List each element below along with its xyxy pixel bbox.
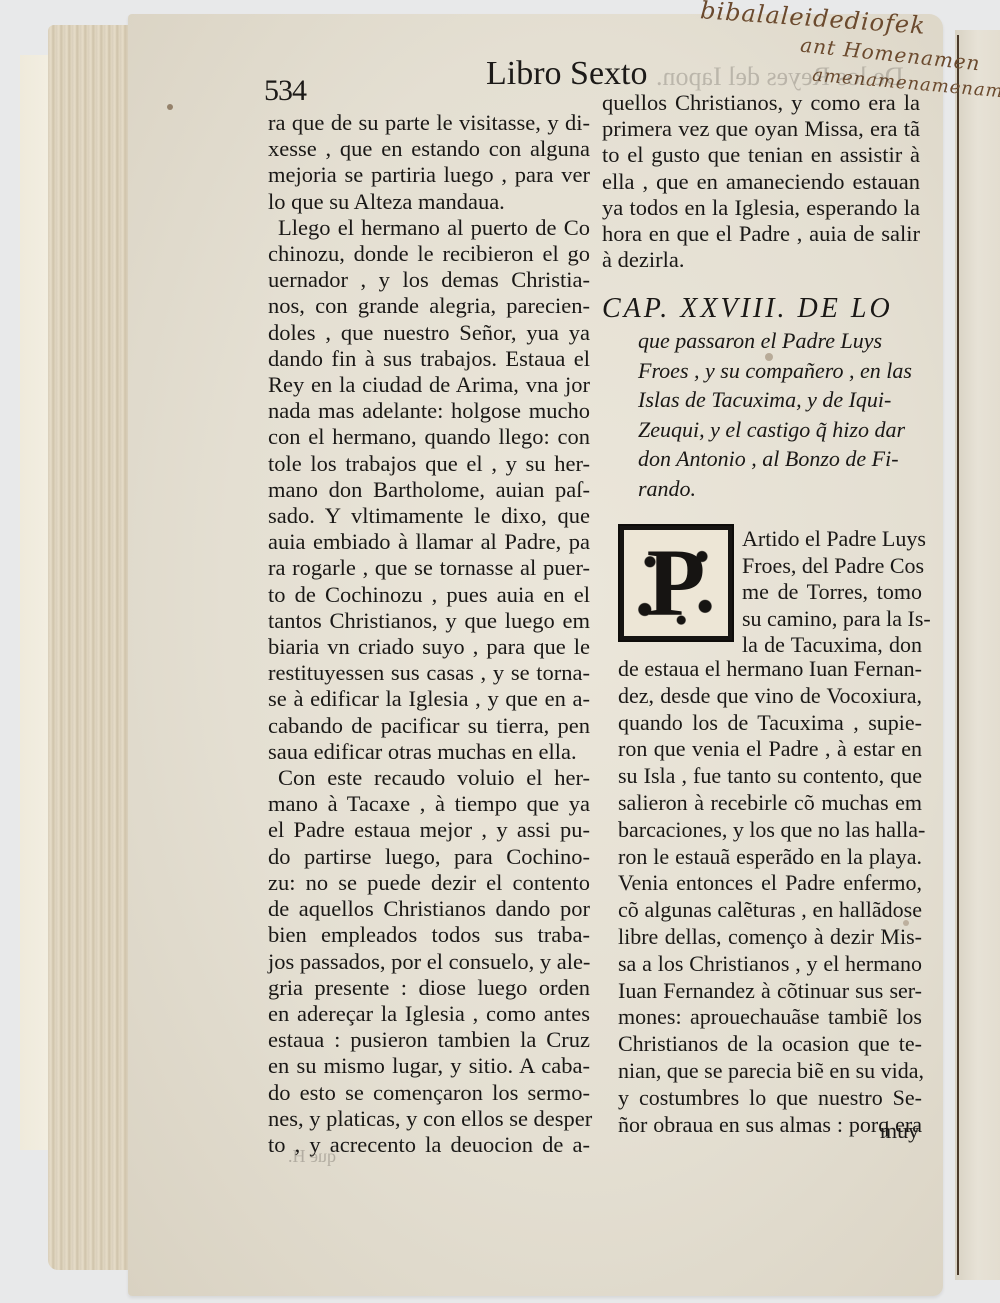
text-line: tantos Christianos, y que luego em [268, 608, 590, 634]
ornament-icon: P [624, 530, 728, 636]
chapter-subtitle-line: rando. [602, 474, 922, 504]
chapter-subtitle-line: Zeuqui, y el castigo q̃ hizo dar [602, 415, 922, 445]
text-line: restituyessen sus casas , y se torna- [268, 660, 590, 686]
text-line: Artido el Padre Luys [742, 526, 922, 553]
text-line: uernador , y los demas Christia- [268, 267, 590, 293]
running-head: Libro Sexto [486, 55, 647, 93]
text-line: en adereçar la Iglesia , como antes [268, 1001, 590, 1027]
initial-letter: P [647, 535, 706, 631]
text-line: cabando de pacificar su tierra, pen [268, 713, 590, 739]
text-line: ra rogarle , que se tornasse al puer- [268, 555, 590, 581]
text-line: lo que su Alteza mandaua. [268, 189, 590, 215]
page-gutter [957, 35, 959, 1275]
text-line: quando los de Tacuxima , supie- [618, 710, 922, 737]
text-line: se à edificar la Iglesia , y que en a- [268, 686, 590, 712]
text-line: dez, desde que vino de Vocoxiura, [618, 683, 922, 710]
text-line: ñor obraua en sus almas : porq era [618, 1112, 922, 1139]
text-line: jos passados, por el consuelo, y ale- [268, 949, 590, 975]
text-line: Llego el hermano al puerto de Co [268, 215, 590, 241]
text-line: y costumbres lo que nuestro Se- [618, 1085, 922, 1112]
ornamental-initial: P [618, 524, 734, 642]
bleed-through-footer: que H. [288, 1146, 336, 1167]
text-line: Froes, del Padre Cos [742, 553, 922, 580]
text-line: mano don Bartholome, auian paſ- [268, 477, 590, 503]
text-line: saua edificar otras muchas en ella. [268, 739, 590, 765]
text-line: nes, y platicas, y con ellos se desper [268, 1106, 590, 1132]
text-line: salieron à recebirle cõ muchas em [618, 790, 922, 817]
right-column-top: quellos Christianos, y como era la prime… [602, 90, 920, 273]
chapter-title: CAP. XXVIII. DE LO [602, 292, 922, 326]
text-line: de estaua el hermano Iuan Fernan- [618, 656, 922, 683]
text-line: à dezirla. [602, 247, 920, 273]
text-line: sa a los Christianos , y el hermano [618, 951, 922, 978]
text-line: hora en que el Padre , auia de salir [602, 221, 920, 247]
text-line: ra que de su parte le visitasse, y di- [268, 110, 590, 136]
text-line: nos, con grande alegria, parecien- [268, 293, 590, 319]
page-edges [48, 25, 138, 1270]
drop-cap-text: Artido el Padre Luys Froes, del Padre Co… [742, 526, 922, 659]
text-line: dando fin à sus trabajos. Estaua el [268, 346, 590, 372]
text-line: quellos Christianos, y como era la [602, 90, 920, 116]
chapter-subtitle-line: que passaron el Padre Luys [602, 326, 922, 356]
text-line: ya todos en la Iglesia, esperando la [602, 195, 920, 221]
text-line: ron que venia el Padre , à estar en [618, 736, 922, 763]
text-line: biaria vn criado suyo , para que le [268, 634, 590, 660]
text-line: auia embiado à llamar al Padre, pa [268, 529, 590, 555]
text-line: con el hermano, quando llego: con [268, 424, 590, 450]
text-line: doles , que nuestro Señor, yua ya [268, 320, 590, 346]
text-line: nian, que se parecia biẽ en su vida, [618, 1058, 922, 1085]
text-line: su Isla , fue tanto su contento, que [618, 763, 922, 790]
page-number: 534 [264, 74, 306, 108]
text-line: Christianos de la ocasion que te- [618, 1031, 922, 1058]
chapter-subtitle-line: Islas de Tacuxima, y de Iqui- [602, 385, 922, 415]
text-line: en su mismo lugar, y sitio. A caba- [268, 1053, 590, 1079]
text-line: Rey en la ciudad de Arima, vna jor [268, 372, 590, 398]
foxing-spot [167, 104, 173, 110]
text-line: mejoria se partiria luego , para ver [268, 162, 590, 188]
text-line: to de Cochinozu , pues auia en el [268, 582, 590, 608]
text-line: tole los trabajos que el , y su her- [268, 451, 590, 477]
text-line: estaua : pusieron tambien la Cruz [268, 1027, 590, 1053]
catchword: muy [880, 1118, 919, 1144]
photo-scene: bibalaleidediofek ant Homenamen amenamen… [0, 0, 1000, 1303]
text-line: me de Torres, tomo [742, 579, 922, 606]
text-line: ella , que en amaneciendo estauan [602, 169, 920, 195]
text-line: zu: no se puede dezir el contento [268, 870, 590, 896]
text-line: Con este recaudo voluio el her- [268, 765, 590, 791]
text-line: cõ algunas calẽturas , en hallãdose [618, 897, 922, 924]
text-line: bien empleados todos sus traba- [268, 922, 590, 948]
text-line: xesse , que en estando con alguna [268, 136, 590, 162]
text-line: chinozu, donde le recibieron el go [268, 241, 590, 267]
text-line: Venia entonces el Padre enfermo, [618, 870, 922, 897]
chapter-heading: CAP. XXVIII. DE LO que passaron el Padre… [602, 292, 922, 503]
facing-page [955, 30, 1000, 1280]
text-line: primera vez que oyan Missa, era tã [602, 116, 920, 142]
text-line: barcaciones, y los que no las halla- [618, 817, 922, 844]
text-line: la de Tacuxima, don [742, 632, 922, 659]
chapter-subtitle-line: don Antonio , al Bonzo de Fi- [602, 444, 922, 474]
text-line: mano à Tacaxe , à tiempo que ya [268, 791, 590, 817]
right-column-body: de estaua el hermano Iuan Fernan- dez, d… [618, 656, 922, 1138]
text-line: sado. Y vltimamente le dixo, que [268, 503, 590, 529]
text-line: ron le estauã esperãdo en la playa. [618, 844, 922, 871]
text-line: el Padre estaua mejor , y assi pu- [268, 817, 590, 843]
text-line: mones: aprouechauãse tambiẽ los [618, 1004, 922, 1031]
bleed-through-head: De los Reyes del Iapon. [656, 62, 904, 92]
text-line: to el gusto que tenian en assistir à [602, 142, 920, 168]
text-line: nada mas adelante: holgose mucho [268, 398, 590, 424]
chapter-subtitle-line: Froes , y su compañero , en las [602, 356, 922, 386]
text-line: su camino, para la Is- [742, 606, 922, 633]
text-line: do partirse luego, para Cochino- [268, 844, 590, 870]
left-column: ra que de su parte le visitasse, y di- x… [268, 110, 590, 1158]
text-line: gria presente : diose luego orden [268, 975, 590, 1001]
text-line: de aquellos Christianos dando por [268, 896, 590, 922]
text-line: libre dellas, començo à dezir Mis- [618, 924, 922, 951]
text-line: Iuan Fernandez à cõtinuar sus ser- [618, 978, 922, 1005]
text-line: do esto se començaron los sermo- [268, 1080, 590, 1106]
